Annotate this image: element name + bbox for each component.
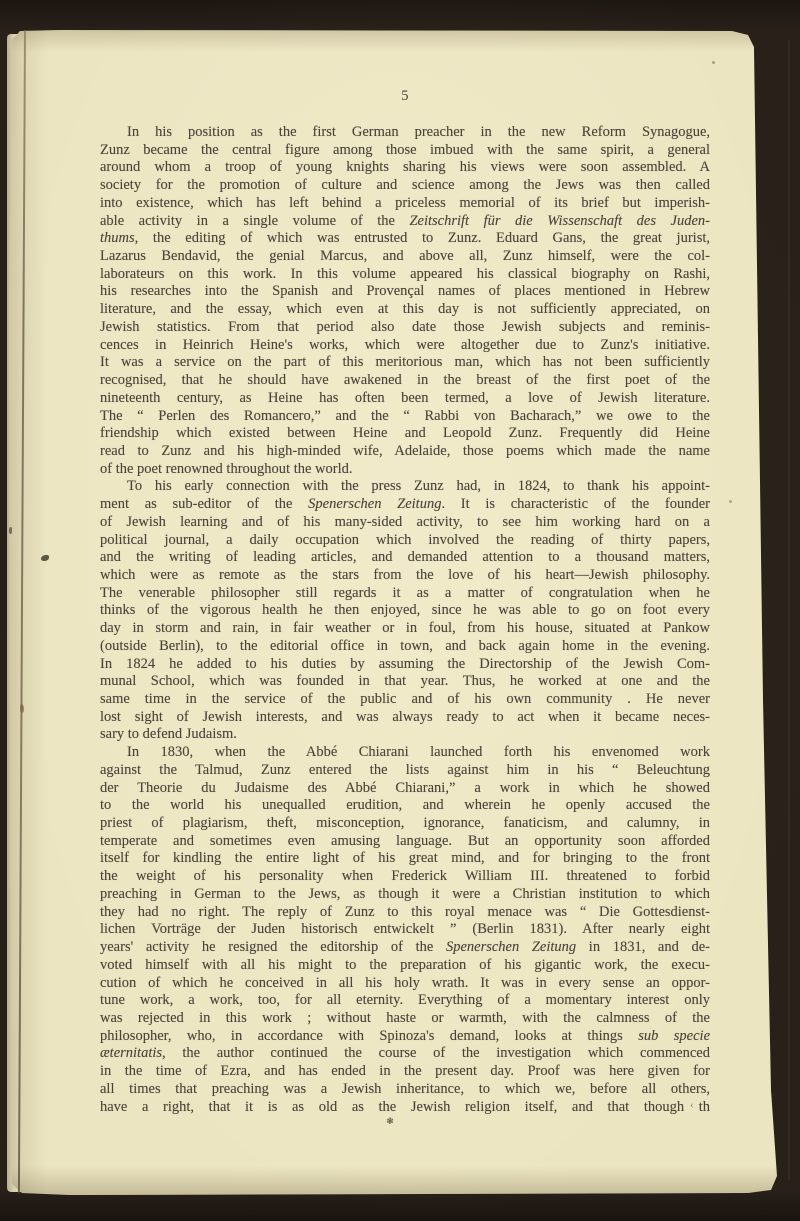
text-line: voted himself with all his might to the … <box>100 957 710 975</box>
book-edge-line <box>788 40 790 1180</box>
text-line: in the time of Ezra, and has ended in th… <box>100 1063 710 1081</box>
text-line: temperate and sometimes even amusing lan… <box>100 833 710 851</box>
text-line: into existence, which has left behind a … <box>100 195 710 213</box>
page-number: 5 <box>100 88 710 105</box>
text-line: In his position as the first German prea… <box>100 124 710 142</box>
text-line: society for the promotion of culture and… <box>100 177 710 195</box>
text-line: of Jewish learning and of his many-sided… <box>100 514 710 532</box>
text-line: around whom a troop of young knights sha… <box>100 159 710 177</box>
text-line: all times that preaching was a Jewish in… <box>100 1081 710 1099</box>
text-line: The venerable philosopher still regards … <box>100 585 710 603</box>
text-line: cution of which he conceived in all his … <box>100 975 710 993</box>
text-line: Jewish statistics. From that period also… <box>100 319 710 337</box>
text-line: der Theorie du Judaisme des Abbé Chiaran… <box>100 780 710 798</box>
text-line: munal School, which was founded in that … <box>100 673 710 691</box>
ink-speck <box>9 527 12 534</box>
document-scan: 5 In his position as the first German pr… <box>0 0 800 1221</box>
text-line: lost sight of Jewish interests, and was … <box>100 709 710 727</box>
ink-speck <box>712 61 715 64</box>
text-line: his researches into the Spanish and Prov… <box>100 283 710 301</box>
text-line: To his early connection with the press Z… <box>100 478 710 496</box>
text-line: In 1830, when the Abbé Chiarani launched… <box>100 744 710 762</box>
text-line: thums, the editing of which was entruste… <box>100 230 710 248</box>
text-line: Lazarus Bendavid, the genial Marcus, and… <box>100 248 710 266</box>
text-line: friendship which existed between Heine a… <box>100 425 710 443</box>
text-line: philosopher, who, in accordance with Spi… <box>100 1028 710 1046</box>
text-line: In 1824 he added to his duties by assumi… <box>100 656 710 674</box>
ink-speck <box>20 704 24 713</box>
text-line: to the world his unequalled erudition, a… <box>100 797 710 815</box>
text-line: lichen Vorträge der Juden historisch ent… <box>100 921 710 939</box>
text-line: able activity in a single volume of the … <box>100 213 710 231</box>
text-line: priest of plagiarism, theft, misconcepti… <box>100 815 710 833</box>
text-line: thinks of the vigorous health he then en… <box>100 602 710 620</box>
text-line: read to Zunz and his high-minded wife, A… <box>100 443 710 461</box>
paragraph: In 1830, when the Abbé Chiarani launched… <box>100 744 710 1116</box>
text-line: cences in Heinrich Heine's works, which … <box>100 337 710 355</box>
text-line: ment as sub-editor of the Spenerschen Ze… <box>100 496 710 514</box>
text-line: they had no right. The reply of Zunz to … <box>100 904 710 922</box>
text-line: recognised, that he should have awakened… <box>100 372 710 390</box>
stray-print-mark: ‹ <box>690 1099 694 1111</box>
text-line: and the writing of leading articles, and… <box>100 549 710 567</box>
text-line: of the poet renowned throughout the worl… <box>100 461 710 479</box>
paragraph: In his position as the first German prea… <box>100 124 710 478</box>
text-line: day in storm and rain, in fair weather o… <box>100 620 710 638</box>
text-line: years' activity he resigned the editorsh… <box>100 939 710 957</box>
text-line: have a right, that it is as old as the J… <box>100 1099 710 1117</box>
text-line: Zunz became the central figure among tho… <box>100 142 710 160</box>
text-line: laborateurs on this work. In this volume… <box>100 266 710 284</box>
text-line: tune work, a work, too, for all eternity… <box>100 992 710 1010</box>
text-line: the weight of his personality when Frede… <box>100 868 710 886</box>
text-line: which were as remote as the stars from t… <box>100 567 710 585</box>
text-line: was rejected in this work ; without hast… <box>100 1010 710 1028</box>
ink-speck <box>729 500 732 503</box>
text-line: It was a service on the part of this mer… <box>100 354 710 372</box>
text-block: In his position as the first German prea… <box>100 124 710 1116</box>
text-line: nineteenth century, as Heine has often b… <box>100 390 710 408</box>
text-line: (outside Berlin), to the editorial offic… <box>100 638 710 656</box>
text-line: against the Talmud, Zunz entered the lis… <box>100 762 710 780</box>
paragraph: To his early connection with the press Z… <box>100 478 710 744</box>
text-line: sary to defend Judaism. <box>100 726 710 744</box>
text-line: itself for kindling the entire light of … <box>100 850 710 868</box>
text-line: political journal, a daily occupation wh… <box>100 532 710 550</box>
text-line: æternitatis, the author continued the co… <box>100 1045 710 1063</box>
page-ornament: ❃ <box>382 1117 398 1127</box>
text-line: same time in the service of the public a… <box>100 691 710 709</box>
text-line: preaching in German to the Jews, as thou… <box>100 886 710 904</box>
text-line: The “ Perlen des Romancero,” and the “ R… <box>100 408 710 426</box>
text-line: literature, and the essay, which even at… <box>100 301 710 319</box>
